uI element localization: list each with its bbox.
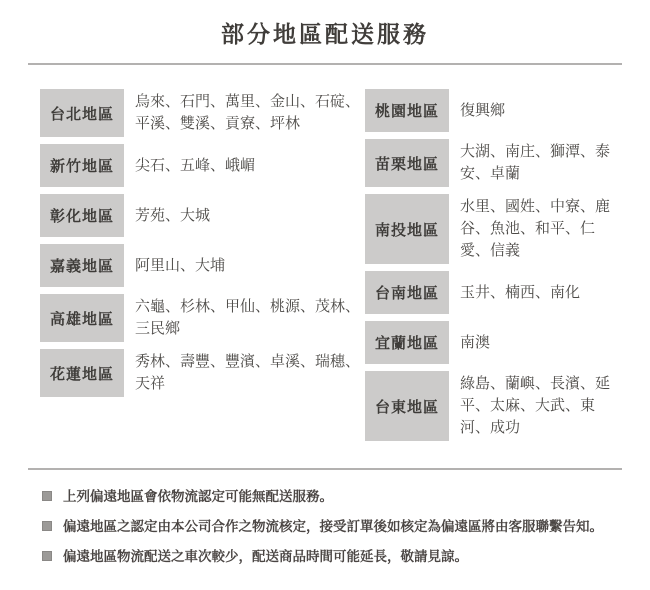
region-areas: 秀林、壽豐、豐濱、卓溪、瑞穗、天祥 — [124, 349, 365, 397]
region-areas: 玉井、楠西、南化 — [449, 271, 612, 314]
region-label: 彰化地區 — [40, 194, 124, 237]
region-areas: 阿里山、大埔 — [124, 244, 365, 287]
region-row-taitung: 台東地區 綠島、蘭嶼、長濱、延平、太麻、大武、東河、成功 — [365, 371, 620, 441]
note-row: 上列偏遠地區會依物流認定可能無配送服務。 — [42, 487, 620, 506]
region-label: 高雄地區 — [40, 294, 124, 342]
region-row-chiayi: 嘉義地區 阿里山、大埔 — [40, 244, 365, 287]
region-label: 苗栗地區 — [365, 139, 449, 187]
region-areas: 綠島、蘭嶼、長濱、延平、太麻、大武、東河、成功 — [449, 371, 612, 441]
regions-table: 台北地區 烏來、石門、萬里、金山、石碇、平溪、雙溪、貢寮、坪林 新竹地區 尖石、… — [0, 65, 650, 448]
note-text: 偏遠地區物流配送之車次較少，配送商品時間可能延長，敬請見諒。 — [63, 547, 468, 566]
region-row-kaohsiung: 高雄地區 六龜、杉林、甲仙、桃源、茂林、三民鄉 — [40, 294, 365, 342]
region-row-hsinchu: 新竹地區 尖石、五峰、峨嵋 — [40, 144, 365, 187]
region-areas: 大湖、南庄、獅潭、泰安、卓蘭 — [449, 139, 612, 187]
region-row-yilan: 宜蘭地區 南澳 — [365, 321, 620, 364]
region-areas: 烏來、石門、萬里、金山、石碇、平溪、雙溪、貢寮、坪林 — [124, 89, 365, 137]
region-row-miaoli: 苗栗地區 大湖、南庄、獅潭、泰安、卓蘭 — [365, 139, 620, 187]
region-label: 新竹地區 — [40, 144, 124, 187]
region-areas: 南澳 — [449, 321, 612, 364]
region-label: 南投地區 — [365, 194, 449, 264]
region-label: 宜蘭地區 — [365, 321, 449, 364]
region-row-tainan: 台南地區 玉井、楠西、南化 — [365, 271, 620, 314]
square-bullet-icon — [42, 521, 52, 531]
regions-column-right: 桃園地區 復興鄉 苗栗地區 大湖、南庄、獅潭、泰安、卓蘭 南投地區 水里、國姓、… — [365, 89, 620, 448]
region-row-nantou: 南投地區 水里、國姓、中寮、鹿谷、魚池、和平、仁愛、信義 — [365, 194, 620, 264]
note-text: 上列偏遠地區會依物流認定可能無配送服務。 — [63, 487, 333, 506]
region-label: 台南地區 — [365, 271, 449, 314]
region-areas: 水里、國姓、中寮、鹿谷、魚池、和平、仁愛、信義 — [449, 194, 612, 264]
regions-column-left: 台北地區 烏來、石門、萬里、金山、石碇、平溪、雙溪、貢寮、坪林 新竹地區 尖石、… — [40, 89, 365, 448]
region-row-changhua: 彰化地區 芳苑、大城 — [40, 194, 365, 237]
region-areas: 芳苑、大城 — [124, 194, 365, 237]
region-label: 台東地區 — [365, 371, 449, 441]
region-row-hualien: 花蓮地區 秀林、壽豐、豐濱、卓溪、瑞穗、天祥 — [40, 349, 365, 397]
note-row: 偏遠地區物流配送之車次較少，配送商品時間可能延長，敬請見諒。 — [42, 547, 620, 566]
region-label: 台北地區 — [40, 89, 124, 137]
region-areas: 復興鄉 — [449, 89, 612, 132]
square-bullet-icon — [42, 491, 52, 501]
region-label: 桃園地區 — [365, 89, 449, 132]
footnotes: 上列偏遠地區會依物流認定可能無配送服務。 偏遠地區之認定由本公司合作之物流核定，… — [0, 470, 650, 566]
region-row-taipei: 台北地區 烏來、石門、萬里、金山、石碇、平溪、雙溪、貢寮、坪林 — [40, 89, 365, 137]
note-row: 偏遠地區之認定由本公司合作之物流核定，接受訂單後如核定為偏遠區將由客服聯繫告知。 — [42, 517, 620, 536]
region-areas: 尖石、五峰、峨嵋 — [124, 144, 365, 187]
page-title: 部分地區配送服務 — [0, 0, 650, 49]
square-bullet-icon — [42, 551, 52, 561]
delivery-service-page: 部分地區配送服務 台北地區 烏來、石門、萬里、金山、石碇、平溪、雙溪、貢寮、坪林… — [0, 0, 650, 590]
note-text: 偏遠地區之認定由本公司合作之物流核定，接受訂單後如核定為偏遠區將由客服聯繫告知。 — [63, 517, 603, 536]
region-label: 花蓮地區 — [40, 349, 124, 397]
region-areas: 六龜、杉林、甲仙、桃源、茂林、三民鄉 — [124, 294, 365, 342]
region-label: 嘉義地區 — [40, 244, 124, 287]
region-row-taoyuan: 桃園地區 復興鄉 — [365, 89, 620, 132]
